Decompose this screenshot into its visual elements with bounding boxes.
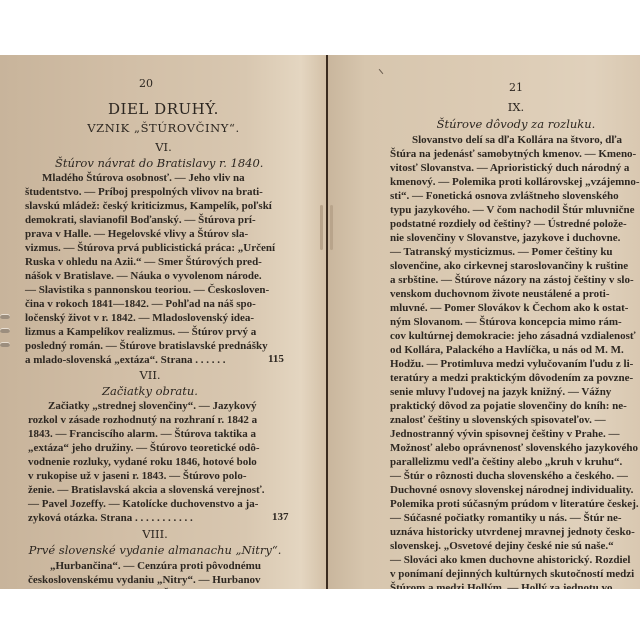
body-line: a srbštine. — Štúrove názory na zástoj č… [390,273,634,287]
body-line: Jednostranný vývin spisovnej češtiny v P… [390,427,620,441]
toc-line: študentstvo. — Príboj prespolných vlivov… [25,185,263,199]
toc-line: úvod strednej slovenčiny. — Ďorď Košut. … [28,587,257,589]
body-line: — Súčasné počiatky romantiky u nás. — Št… [390,511,622,525]
body-line: uznáva historicky utvrdenej mravnej jedn… [390,525,635,539]
toc-line: 1843. — Franciscího alarm. — Štúrova tak… [28,427,256,441]
binding-mark [0,314,10,319]
body-line: od Kollára, Palackého a Havlíčka, u nás … [390,343,624,357]
body-line: vitosť Slovanstva. — Aprioristický duch … [390,161,629,175]
toc-line: čina v rokoch 1841—1842. — Pohľad na náš… [25,297,256,311]
toc-line: ločenský život v r. 1842. — Mladoslovens… [25,311,254,325]
page-number: 20 [126,77,166,90]
chapter-roman: IX. [328,100,640,114]
paper-speck [379,69,384,74]
body-line: v ponímaní dejinných kultúrnych skutočno… [390,567,634,581]
body-line: Duchovné osnovy slovenskej národnej indi… [390,483,633,497]
toc-line: vodnenie rozluky, vydané roku 1846, hoto… [28,455,257,469]
chapter-roman: VI. [0,140,327,154]
chapter-title: Prvé slovenské vydanie almanachu „Nitry“… [0,543,310,557]
body-line: — Slováci ako kmen duchovne ahistorický.… [390,553,631,567]
body-line: Hodžu. — Protimluva medzi vylučovaním ľu… [390,357,633,371]
toc-line: Ruska v ohledu na Azii.“ — Smer Štúrovýc… [25,255,262,269]
toc-line: nášok v Bratislave. — Náuka o vyvolenom … [25,269,262,283]
body-line: Slovanstvo delí sa dľa Kollára na štvoro… [412,133,622,147]
toc-page-ref: 137 [272,511,289,523]
body-line: cov kultúrnej demokracie: jeho zásadná v… [390,329,636,343]
body-line: — Štúr o rôznosti ducha slovenského a če… [390,469,628,483]
binding-mark [0,328,10,333]
open-book: 20 DIEL DRUHÝ. VZNIK „ŠTÚROVČINY“. VI. Š… [0,55,640,589]
page-tear [330,205,333,250]
chapter-title: Štúrove dôvody za rozluku. [328,117,640,131]
toc-line: zyková otázka. Strana . . . . . . . . . … [28,511,193,525]
body-line: kmenový. — Polemika proti kollárovskej „… [390,175,640,189]
body-line: typu jazykového. — V čom nachodil Štúr m… [390,203,634,217]
body-line: ným Slovanom. — Štúrova koncepcia mimo r… [390,315,622,329]
toc-line: ženie. — Bratislavská akcia a slovenská … [28,483,265,497]
toc-line: rozkol v zásade rozhodnutý na rozhraní r… [28,413,257,427]
body-line: praktický dôvod za pojatie slovenčiny do… [390,399,627,413]
toc-line: v rukopise už v jaseni r. 1843. — Štúrov… [28,469,247,483]
toc-line: lizmus a Kampelíkov realizmus. — Štúrov … [25,325,256,339]
toc-page-ref: 115 [268,353,284,365]
part-subtitle: VZNIK „ŠTÚROVČINY“. [0,121,327,135]
body-line: slovenskej. „Osvetové dejiny české nie s… [390,539,614,553]
body-line: venskom duchovnom živote neustálené a pr… [390,287,610,301]
left-page: 20 DIEL DRUHÝ. VZNIK „ŠTÚROVČINY“. VI. Š… [0,55,327,589]
toc-page-ref: 158 [276,587,293,589]
toc-line: vizmus. — Štúrova prvá publicistická prá… [25,241,275,255]
part-title: DIEL DRUHÝ. [0,100,327,118]
chapter-title: Začiatky obratu. [0,384,300,398]
body-line: sti“. — Fonetická osnova zvláštneho slov… [390,189,619,203]
toc-line: demokrati, slavianofil Boďanský. — Štúro… [25,213,256,227]
toc-line: „extáza“ jeho družiny. — Štúrovo teoreti… [28,441,259,455]
toc-line: — Pavel Jozeffy. — Katolícke duchovenstv… [28,497,258,511]
toc-line: prava v Halle. — Hegelovské vlivy a Štúr… [25,227,248,241]
body-line: Štúra na jedenásť samobytných kmenov. — … [390,147,636,161]
toc-line: a mlado-slovenská „extáza“. Strana . . .… [25,353,225,367]
body-line: znalosť češtiny u slovenských spisovateľ… [390,413,606,427]
page-number: 21 [496,81,536,94]
right-page: 21 IX. Štúrove dôvody za rozluku. Slovan… [328,55,640,589]
toc-line: Mladého Štúrova osobnosť. — Jeho vliv na [42,171,245,185]
body-line: nie slovenčiny v Slovanstve, jazykove i … [390,231,620,245]
binding-mark [0,342,10,347]
body-line: slovenčine, ako cirkevnej staroslovančin… [390,259,628,273]
toc-line: — Slavistika s pannonskou teoriou. — Čes… [25,283,269,297]
body-line: — Tatranský mysticizmus. — Pomer češtiny… [390,245,613,259]
toc-line: „Hurbančina“. — Cenzúra proti pôvodnému [50,559,261,573]
body-line: Štúrom a medzi Hollým. — Hollý za jednot… [390,581,613,589]
toc-line: posledný román. — Štúrove bratislavské p… [25,339,268,353]
chapter-title: Štúrov návrat do Bratislavy r. 1840. [55,156,250,170]
body-line: podstatné rozdiely od češtiny? — Ústredn… [390,217,627,231]
toc-line: Začiatky „strednej slovenčiny“. — Jazyko… [48,399,257,413]
chapter-roman: VIII. [0,527,310,541]
body-line: senie mluvy ľudovej na jazyk knižný. — V… [390,385,611,399]
body-line: mluvné. — Pomer Slovákov k Čechom ako k … [390,301,628,315]
body-line: Polemika proti súčasným prúdom v literat… [390,497,639,511]
toc-line: československému vydaniu „Nitry“. — Hurb… [28,573,261,587]
chapter-roman: VII. [0,368,300,382]
toc-line: slavskú mládež: český kriticizmus, Kampe… [25,199,272,213]
body-line: teratúry a medzi praktickým dôvodením za… [390,371,633,385]
body-line: Možnosť alebo oprávnenosť slovenského ja… [390,441,638,455]
body-line: parallelizmu vedľa češtiny alebo „kruh v… [390,455,622,469]
page-tear [320,205,323,250]
